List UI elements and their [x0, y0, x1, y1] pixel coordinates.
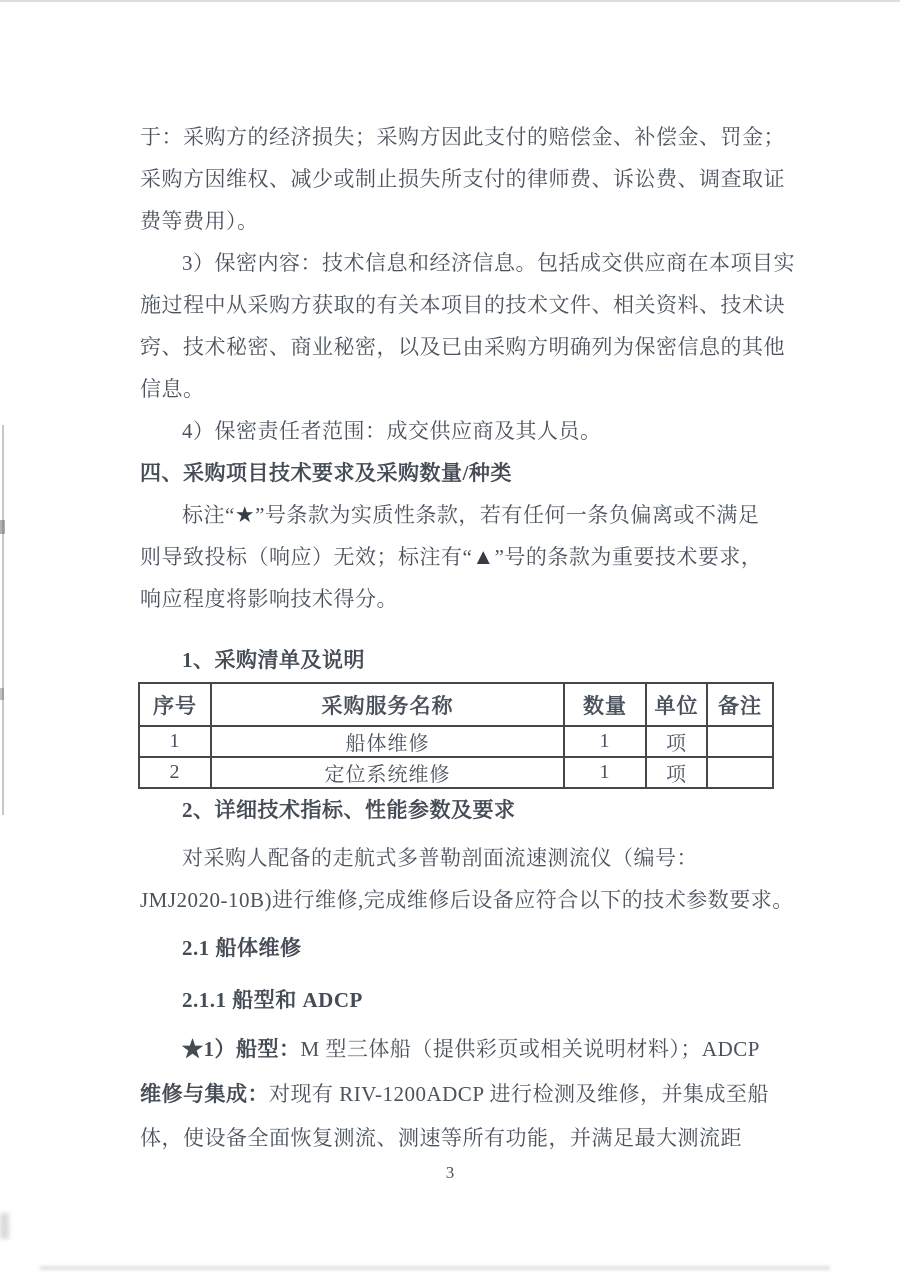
text-run: 费等费用）。: [140, 209, 259, 233]
para-damages-cont-3: 费等费用）。: [140, 200, 774, 242]
procurement-table: 序号采购服务名称数量单位备注 1船体维修1项2定位系统维修1项: [138, 682, 774, 789]
para-adcp-intro-1: 对采购人配备的走航式多普勒剖面流速测流仪（编号：: [140, 837, 774, 879]
table-row: 2定位系统维修1项: [139, 757, 773, 788]
procurement-table-header: 序号采购服务名称数量单位备注: [139, 683, 773, 726]
table-cell: [707, 726, 773, 757]
star-marker: ★: [235, 502, 255, 527]
column-header: 序号: [139, 683, 211, 726]
table-cell: 2: [139, 757, 211, 788]
text-run: 信息。: [140, 377, 205, 401]
table-cell: 项: [646, 726, 707, 757]
text-run: 四、采购项目技术要求及采购数量/种类: [140, 461, 512, 485]
table-row: 1船体维修1项: [139, 726, 773, 757]
table-cell: 1: [564, 726, 646, 757]
column-header: 备注: [707, 683, 773, 726]
heading-2-1-hull-repair: 2.1 船体维修: [140, 927, 774, 969]
text-block-upper: 于：采购方的经济损失；采购方因此支付的赔偿金、补偿金、罚金；采购方因维权、减少或…: [140, 116, 774, 681]
table-header-row: 序号采购服务名称数量单位备注: [139, 683, 773, 726]
column-header: 单位: [646, 683, 707, 726]
scan-artifact-left-line: [2, 425, 4, 815]
heading-section-4: 四、采购项目技术要求及采购数量/种类: [140, 452, 774, 494]
text-run: 体，使设备全面恢复测流、测速等所有功能，并满足最大测流距: [140, 1126, 742, 1150]
text-run: ”号的条款为重要技术要求，: [495, 545, 763, 569]
heading-purchase-list: 1、采购清单及说明: [140, 639, 774, 681]
para-damages-cont-1: 于：采购方的经济损失；采购方因此支付的赔偿金、补偿金、罚金；: [140, 116, 774, 158]
scan-artifact-left-dash: [0, 688, 4, 700]
scan-artifact-bottom-strip: [40, 1266, 830, 1270]
table-cell: 1: [564, 757, 646, 788]
text-run: 对采购人配备的走航式多普勒剖面流速测流仪（编号：: [182, 846, 698, 870]
text-run: 2.1 船体维修: [182, 936, 302, 960]
column-header: 数量: [564, 683, 646, 726]
para-star-clause-2: 则导致投标（响应）无效；标注有“▲”号的条款为重要技术要求，: [140, 536, 774, 578]
para-adcp-intro-2: JMJ2020-10B)进行维修,完成维修后设备应符合以下的技术参数要求。: [140, 879, 774, 921]
text-run: 窍、技术秘密、商业秘密，以及已由采购方明确列为保密信息的其他: [140, 335, 785, 359]
para-ship-type-2: 维修与集成：对现有 RIV-1200ADCP 进行检测及维修，并集成至船: [140, 1073, 774, 1115]
procurement-table-body: 1船体维修1项2定位系统维修1项: [139, 726, 773, 788]
table-cell: 定位系统维修: [211, 757, 564, 788]
document-page: 于：采购方的经济损失；采购方因此支付的赔偿金、补偿金、罚金；采购方因维权、减少或…: [0, 0, 900, 1273]
scan-artifact-top-edge: [0, 0, 900, 2]
table-cell: 项: [646, 757, 707, 788]
scan-artifact-left-dash: [0, 520, 5, 534]
table-cell: [707, 757, 773, 788]
text-run: ★1）船型：: [182, 1037, 301, 1061]
text-run: 4）保密责任者范围：成交供应商及其人员。: [182, 419, 602, 443]
document-body: 于：采购方的经济损失；采购方因此支付的赔偿金、补偿金、罚金；采购方因维权、减少或…: [140, 116, 774, 1159]
para-ship-type-1: ★1）船型：M 型三体船（提供彩页或相关说明材料）；ADCP: [140, 1028, 774, 1070]
text-run: 对现有 RIV-1200ADCP 进行检测及维修，并集成至船: [269, 1082, 769, 1106]
heading-tech-specs: 2、详细技术指标、性能参数及要求: [140, 789, 774, 831]
text-run: JMJ2020-10B)进行维修,完成维修后设备应符合以下的技术参数要求。: [140, 888, 794, 912]
para-star-clause-3: 响应程度将影响技术得分。: [140, 578, 774, 620]
text-run: 2、详细技术指标、性能参数及要求: [182, 798, 516, 822]
scan-artifact-smudge: [0, 1213, 9, 1239]
text-run: 则导致投标（响应）无效；标注有“: [140, 545, 472, 569]
text-run: 施过程中从采购方获取的有关本项目的技术文件、相关资料、技术诀: [140, 293, 785, 317]
para-confidential-content-1: 3）保密内容：技术信息和经济信息。包括成交供应商在本项目实: [140, 242, 774, 284]
column-header: 采购服务名称: [211, 683, 564, 726]
para-star-clause-1: 标注“★”号条款为实质性条款，若有任何一条负偏离或不满足: [140, 494, 774, 536]
text-run: 标注“: [182, 503, 235, 527]
text-run: 采购方因维权、减少或制止损失所支付的律师费、诉讼费、调查取证: [140, 167, 785, 191]
text-run: 1、采购清单及说明: [182, 648, 365, 672]
para-confidential-scope: 4）保密责任者范围：成交供应商及其人员。: [140, 410, 774, 452]
text-run: 2.1.1 船型和 ADCP: [182, 988, 363, 1012]
text-run: ”号条款为实质性条款，若有任何一条负偏离或不满足: [255, 503, 759, 527]
text-run: 3）保密内容：技术信息和经济信息。包括成交供应商在本项目实: [182, 251, 795, 275]
text-run: M 型三体船（提供彩页或相关说明材料）；ADCP: [301, 1037, 760, 1061]
para-confidential-content-2: 施过程中从采购方获取的有关本项目的技术文件、相关资料、技术诀: [140, 284, 774, 326]
para-confidential-content-3: 窍、技术秘密、商业秘密，以及已由采购方明确列为保密信息的其他: [140, 326, 774, 368]
triangle-marker: ▲: [472, 544, 494, 569]
para-ship-type-3: 体，使设备全面恢复测流、测速等所有功能，并满足最大测流距: [140, 1117, 774, 1159]
table-cell: 1: [139, 726, 211, 757]
para-confidential-content-4: 信息。: [140, 368, 774, 410]
para-damages-cont-2: 采购方因维权、减少或制止损失所支付的律师费、诉讼费、调查取证: [140, 158, 774, 200]
text-block-lower: 2、详细技术指标、性能参数及要求对采购人配备的走航式多普勒剖面流速测流仪（编号：…: [140, 789, 774, 1159]
table-cell: 船体维修: [211, 726, 564, 757]
text-run: 响应程度将影响技术得分。: [140, 587, 398, 611]
text-run: 维修与集成：: [140, 1082, 269, 1106]
text-run: 于：采购方的经济损失；采购方因此支付的赔偿金、补偿金、罚金；: [140, 125, 785, 149]
heading-2-1-1-ship-adcp: 2.1.1 船型和 ADCP: [140, 979, 774, 1021]
page-number: 3: [0, 1163, 900, 1183]
